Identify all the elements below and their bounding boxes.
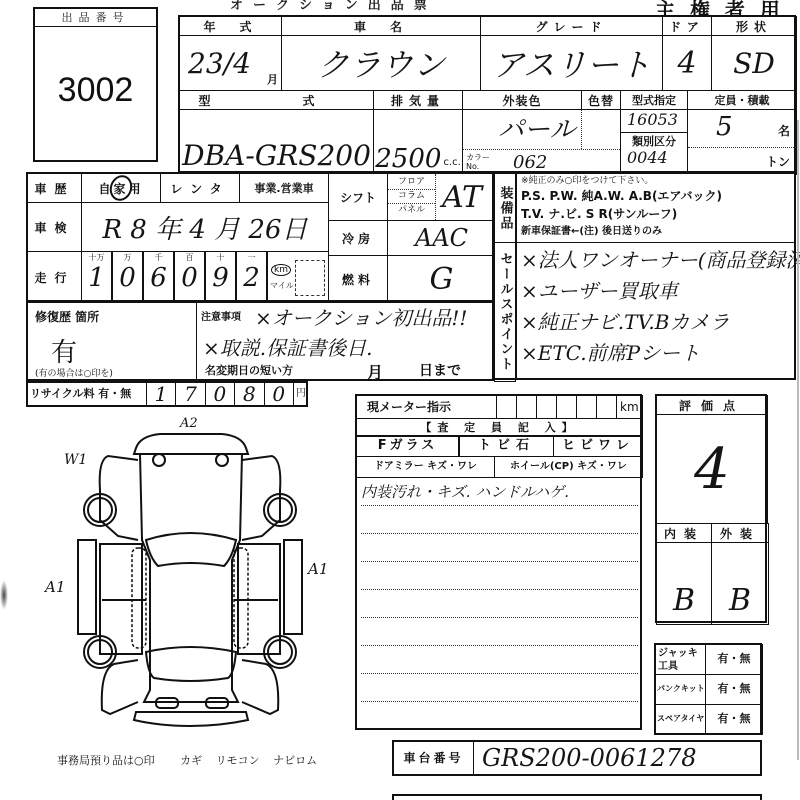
office-item-key[interactable]: カギ [180,754,202,767]
recycle-digit: 7 [176,383,205,405]
year-value: 23/4 [188,47,251,80]
damage-mark-left: A1 [45,578,65,596]
model-label: 型 式 [179,90,374,110]
shift-option-panel: パネル [388,204,435,217]
interior-label: 内装 [656,523,712,543]
color-no-value: 062 [513,152,547,173]
type-designation-label: 型式指定 [620,90,688,110]
name-change-day: 日まで [419,360,461,380]
accessory-row: ジャッキ工具 有・無 [655,644,763,675]
meter-digit-box[interactable] [517,396,537,418]
repair-note: (有の場合は○印を) [35,366,113,379]
inspector-note-line [361,618,638,646]
equipment-line2: T.V. ナ.ビ. S R(サンルーフ) [521,205,791,223]
chassis-label: 車台番号 [394,742,474,774]
displacement-label: 排気量 [373,90,463,110]
inspector-note-line [361,506,638,534]
sales-points-label: セールスポイント [494,242,516,382]
repair-cell: 修復歴 箇所 有 (有の場合は○印を) [27,302,197,382]
vehicle-info-table: 年 式 車 名 グレード ドア 形状 23/4 月 クラウン アスリート 4 S… [178,15,796,173]
equipment-note: ※純正のみ○印をつけて下さい。 [521,176,791,187]
crack-label: ヒビワレ [554,437,642,456]
recycle-digit: 0 [206,383,235,405]
model-value: DBA-GRS200 [179,109,374,175]
equipment-label: 装備品 [494,173,516,243]
exterior-label: 外装 [711,523,769,543]
history-option-rental[interactable]: レンタ [160,173,240,203]
lot-number-value: 3002 [35,71,156,110]
history-option-private[interactable]: 自家用 [81,173,161,203]
shape-value: SD [711,35,797,91]
month-suffix: 月 [267,71,278,87]
name-change-label: 名変期日の短い方 [205,362,293,378]
mileage-digit: 2 [237,263,266,293]
grade-value: アスリート [480,35,663,91]
accessory-label: スペアタイヤ [656,705,706,734]
inspector-note-line [361,534,638,562]
type-designation-cell: 16053 類別区分 0044 [620,109,688,175]
unit-km: km [271,264,291,276]
damage-mark-windshield: W1 [64,452,87,468]
car-damage-diagram [70,420,310,730]
repair-label: 修復歴 箇所 [35,308,99,325]
mileage-digit: 1 [82,263,111,293]
capacity-label: 定員・積載 [687,90,797,110]
classification-value: 0044 [621,148,687,167]
inspector-note-line [361,674,638,702]
accessory-value[interactable]: 有・無 [706,705,762,734]
meter-digit-box[interactable] [537,396,557,418]
doors-value: 4 [662,35,712,91]
interior-value: B [656,542,712,625]
scan-edge [797,120,799,760]
lot-number-label: 出品番号 [35,9,156,27]
mileage-digit: 0 [175,263,204,293]
sales-point-item: ×ETC.前席Pシート [521,338,791,369]
office-items-label: 事務局預り品は○印 [57,754,155,767]
displacement-unit: c.c. [443,157,460,168]
mileage-digit: 6 [144,263,173,293]
equipment-line3: 新車保証書←(注) 後日送りのみ [521,223,791,241]
damage-mark-front: A2 [180,416,198,431]
mileage-digit: 9 [206,263,235,293]
recycle-digit: 8 [235,383,264,405]
shift-option-column: コラム [388,190,435,204]
caution-line1: ×オークション初出品!! [255,302,467,331]
displacement-value: 2500 [375,144,441,174]
mileage-digits: 十万1 万0 千6 百0 十9 一2 km マイル [81,251,329,304]
unit-mile: マイル [270,280,294,291]
color-label: 外装色 [462,90,582,110]
repair-caution-block: 修復歴 箇所 有 (有の場合は○印を) 注意事項 ×オークション初出品!! ×取… [26,301,494,381]
color-value: パール [463,110,620,150]
office-items: 事務局預り品は○印 カギ リモコン ナビロム [57,752,317,768]
chassis-value: GRS200-0061278 [474,742,697,774]
accessory-row: スペアタイヤ 有・無 [655,704,763,735]
inspector-notes: 内装汚れ・キズ. ハンドルハゲ. [361,478,638,702]
rating-value: 4 [656,414,768,524]
capacity-unit: 名 [778,122,790,139]
meter-digit-box[interactable] [557,396,577,418]
recycle-label: リサイクル料 有・無 [28,383,147,405]
grade-label: グレード [480,16,663,36]
inspector-note-line [361,590,638,618]
doors-label: ドア [662,16,712,36]
meter-label: 現メーター指示 [357,396,497,418]
door-mirror-label: ドアミラー キズ・ワレ [357,457,495,477]
inspector-title: 【査 定 員 記 入】 [356,418,643,436]
f-glass-label: Fガラス [357,437,460,456]
color-cell: パール カラーNo. 062 [462,109,621,175]
mirror-wheel-row: ドアミラー キズ・ワレ ホイール(CP) キズ・ワレ [356,456,643,478]
recycle-digit: 0 [265,383,294,405]
meter-row: 現メーター指示 km [356,395,643,419]
accessory-value[interactable]: 有・無 [706,675,762,704]
year-label: 年 式 [179,16,282,36]
scan-smudge [0,580,8,610]
inspector-note-line [361,646,638,674]
meter-unit: km [617,396,639,418]
exterior-value: B [711,542,769,625]
damage-mark-right: A1 [308,560,328,578]
equipment-block: 装備品 ※純正のみ○印をつけて下さい。 P.S. P.W. 純A.W. A.B(… [493,172,796,380]
wheel-label: ホイール(CP) キズ・ワレ [495,457,642,477]
chassis-number-box: 車台番号 GRS200-0061278 [392,740,762,776]
sales-points-list: ×法人ワンオーナー(商品登録済) ×ユーザー買取車 ×純正ナビ.TV.Bカメラ … [516,242,796,380]
form-title: オークション出品票 [230,0,437,13]
color-no-label: カラーNo. [463,153,493,171]
inspector-block: 現メーター指示 km 【査 定 員 記 入】 Fガラス トビ石 ヒビワレ ドアミ… [355,394,642,730]
lot-number-box: 出品番号 3002 [33,7,158,162]
recycle-digit: 1 [147,383,176,405]
history-label: 車歴 [27,173,82,203]
shift-option-floor: フロア [388,176,435,190]
accessory-row: パンクキット 有・無 [655,674,763,705]
office-item-remote[interactable]: リモコン [216,754,260,767]
ac-value: AAC [387,220,496,256]
displacement-cell: 2500 c.c. [373,109,463,175]
accessory-label: パンクキット [656,675,706,704]
load-unit: トン [766,153,790,170]
color-change-divider [581,109,582,149]
capacity-value: 5 [716,112,733,142]
unit-checkbox[interactable] [295,260,325,296]
sales-point-item: ×法人ワンオーナー(商品登録済) [521,245,791,276]
accessories-table: ジャッキ工具 有・無 パンクキット 有・無 スペアタイヤ 有・無 [654,643,762,735]
equipment-line1: P.S. P.W. 純A.W. A.B(エアバック) [521,187,791,205]
shape-label: 形状 [711,16,797,36]
year-cell: 23/4 月 [179,35,282,91]
equipment-content: ※純正のみ○印をつけて下さい。 P.S. P.W. 純A.W. A.B(エアバッ… [516,173,796,243]
inspector-note-line: 内装汚れ・キズ. ハンドルハゲ. [361,478,638,506]
ac-label: 冷房 [328,220,388,256]
meter-digit-box[interactable] [577,396,597,418]
bottom-table-edge [392,794,762,800]
mileage-label: 走行 [27,251,82,304]
shift-cell: フロア コラム パネル AT [387,173,496,221]
accessory-value[interactable]: 有・無 [706,645,762,674]
mileage-digit: 0 [113,263,142,293]
meter-digit-box[interactable] [497,396,517,418]
sales-point-item: ×純正ナビ.TV.Bカメラ [521,307,791,338]
fuel-label: 燃料 [328,255,388,304]
type-designation-value: 16053 [621,110,687,132]
rating-block: 評価点 4 内装 外装 B B [655,394,767,623]
inspection-value: R 8 年 4 月 26日 [81,202,329,252]
capacity-cell: 5 名 トン [687,109,797,175]
history-block: 車歴 自家用 レンタ 事業.営業車 シフト フロア コラム パネル AT 車検 … [26,172,494,302]
caution-line2: ×取説.保証書後日. [203,332,372,361]
car-name-value: クラウン [281,35,481,91]
inspector-note-line [361,562,638,590]
rating-label: 評価点 [656,395,768,415]
selected-circle-mark [106,172,136,204]
color-change-label: 色替 [581,90,621,110]
classification-label: 類別区分 [621,132,687,148]
cautions-label: 注意事項 [201,308,241,323]
shift-label: シフト [328,173,388,221]
accessory-label: ジャッキ工具 [656,645,706,674]
glass-row: Fガラス トビ石 ヒビワレ [356,435,643,457]
stone-chip-label: トビ石 [460,437,554,456]
recycle-unit: 円 [294,383,306,405]
meter-digit-box[interactable] [597,396,617,418]
car-name-label: 車 名 [281,16,481,36]
shift-value: AT [442,180,482,215]
inspection-label: 車検 [27,202,82,252]
recycle-block: リサイクル料 有・無 1 7 0 8 0 円 [26,381,308,407]
cautions-cell: 注意事項 ×オークション初出品!! ×取説.保証書後日. 名変期日の短い方 月 … [197,302,496,382]
name-change-month: 月 [367,360,383,383]
sales-point-item: ×ユーザー買取車 [521,276,791,307]
office-item-navirom[interactable]: ナビロム [273,754,317,767]
history-option-commercial[interactable]: 事業.営業車 [239,173,329,203]
fuel-value: G [387,255,496,304]
repair-value: 有 [51,332,77,369]
